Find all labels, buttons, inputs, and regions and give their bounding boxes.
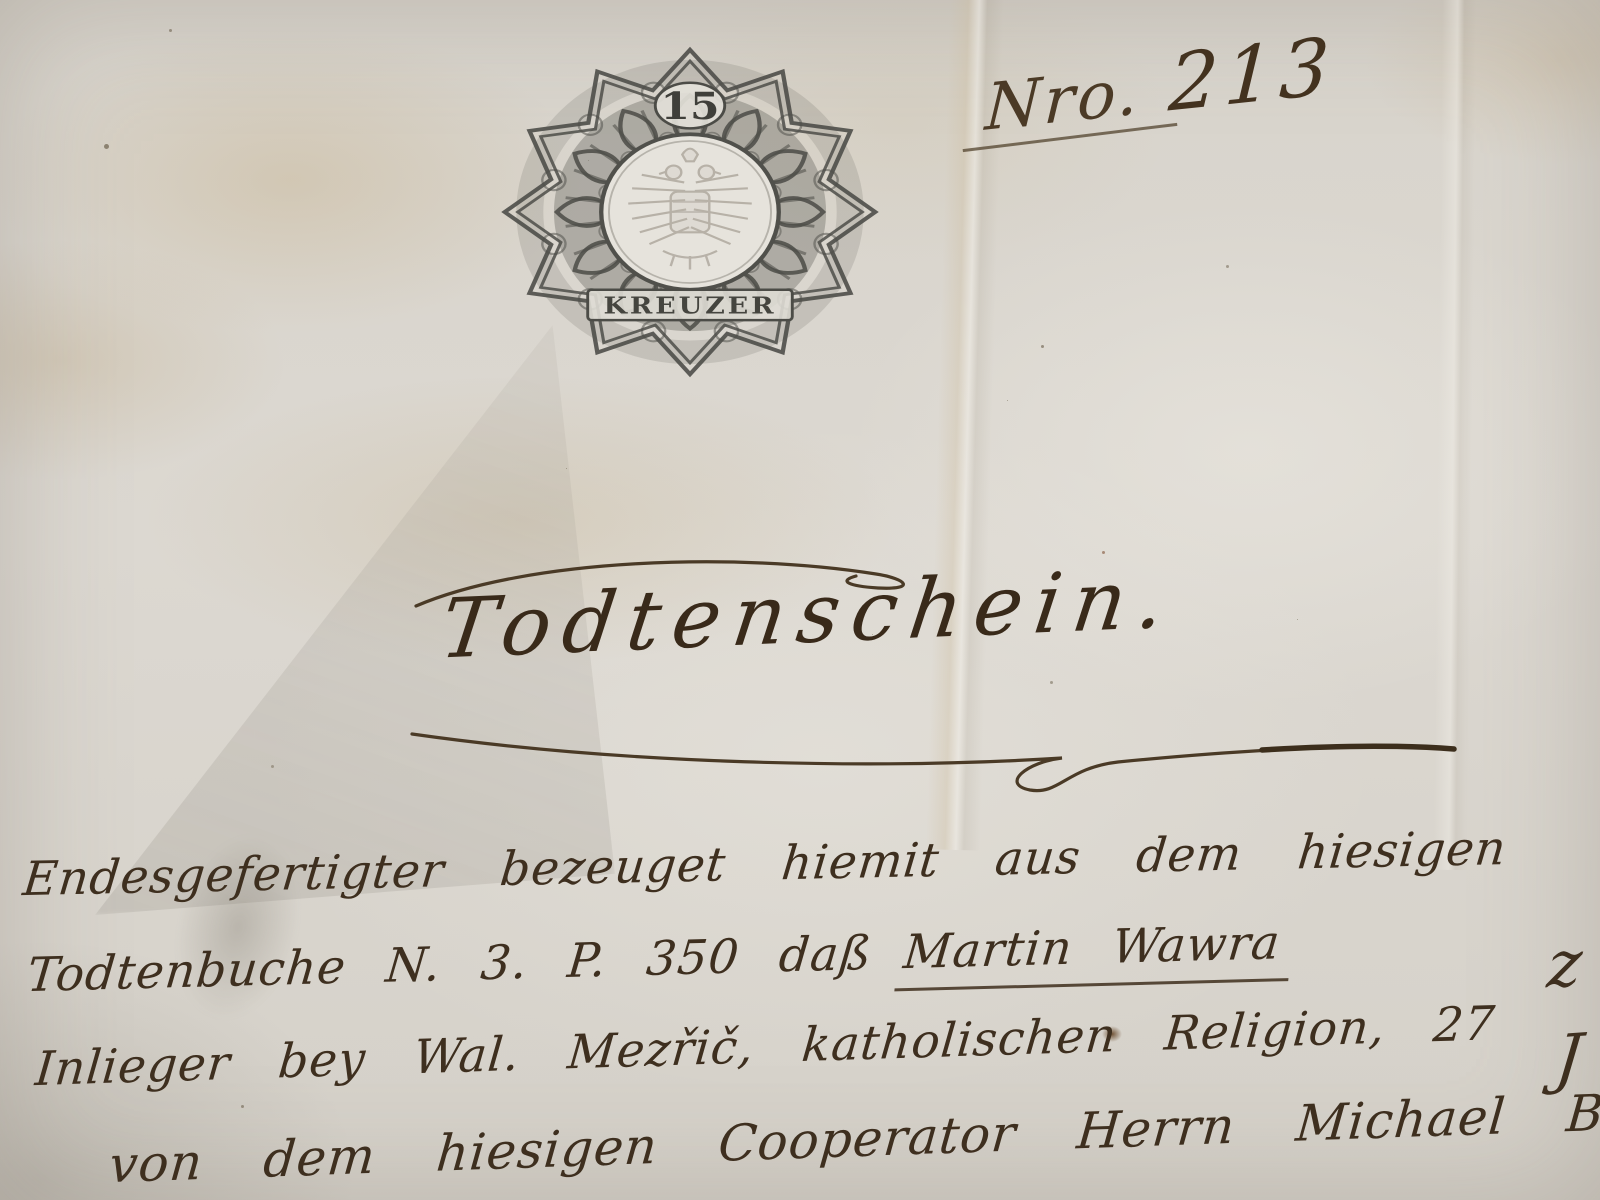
paper-specks: [104, 144, 109, 149]
document-number-value: 213: [1167, 21, 1338, 129]
title-flourish-underline: [402, 718, 1472, 798]
revenue-stamp-graphic: 15 KREUZER: [497, 43, 883, 381]
body-line-2-prefix: Todtenbuche N. 3. P. 350 daß: [25, 926, 875, 1003]
deceased-name: Martin Wawra: [894, 915, 1295, 992]
stamp-value-text: 15: [660, 86, 719, 129]
stamp-currency-text: KREUZER: [603, 291, 776, 319]
document-number: Nro.213: [983, 21, 1337, 149]
body-line-3: Inlieger bey Wal. Mezřič, katholischen R…: [33, 996, 1498, 1097]
stamp-denomination: 15: [655, 83, 724, 129]
revenue-stamp: 15 KREUZER: [497, 43, 883, 381]
body-line-2: Todtenbuche N. 3. P. 350 daßMartin Wawra: [25, 915, 1295, 1003]
body-line-4-partial: von dem hiesigen Cooperator Herrn Michae…: [107, 1084, 1600, 1194]
body-line-1: Endesgefertigter bezeuget hiemit aus dem…: [20, 821, 1509, 907]
line2-edge-fragment: z: [1544, 926, 1585, 1003]
document-photo: 15 KREUZER Nro.213 Todtenschein. Endesge…: [0, 0, 1600, 1200]
fold-crease-vertical-right: [1433, 0, 1476, 870]
document-title: Todtenschein.: [435, 551, 1182, 677]
eagle-emblem: [601, 134, 779, 289]
stamp-currency-band: KREUZER: [588, 290, 793, 320]
